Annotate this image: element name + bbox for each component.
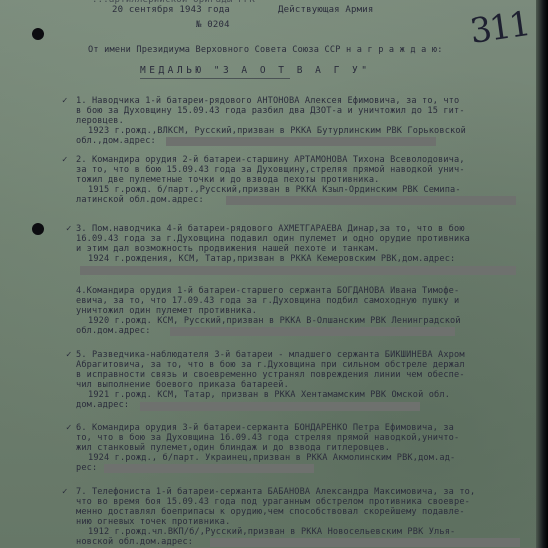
entry-bio-line: 1921 г.рожд. КСМ, Татар, призван в РККА … [76, 390, 465, 400]
redacted-address [80, 266, 516, 275]
entry-bio-line: 1920 г.рожд. КСМ, Русский,призван в РККА… [76, 316, 461, 326]
entry-line: Абрагитовича, за то, что в бою за г.Духо… [76, 360, 465, 370]
entry-line: 1. Наводчика 1-й батареи-рядового АНТОНО… [76, 96, 466, 106]
award-title-underline [140, 78, 290, 79]
redacted-address [170, 327, 455, 336]
scan-page-edge [536, 0, 548, 548]
order-number: № 0204 [196, 20, 230, 30]
entry-bio-line: 1912 г.рожд.чл.ВКП/б/,Русский,призван в … [76, 527, 475, 537]
checkmark-icon: ✓ [62, 487, 67, 497]
checkmark-icon: ✓ [62, 96, 67, 106]
entry-line: 7. Телефониста 1-й батареи-сержанта БАБА… [76, 487, 475, 497]
redacted-address [166, 137, 436, 146]
entry-line: то, что в бою за Духовщина 16.09.43 года… [76, 433, 459, 443]
scanned-document-page: ...артиллерийской бригады РГК 20 сентябр… [0, 0, 536, 548]
entry-line: и этим дал возможность продвижения нашей… [76, 244, 470, 254]
entry-line: в бою за Духовщину 15.09.43 года разбил … [76, 106, 466, 116]
redacted-address [226, 196, 516, 205]
entry-line: 3. Пом.наводчика 4-й батареи-рядового АХ… [76, 224, 470, 234]
checkmark-icon: ✓ [66, 350, 71, 360]
entry-line: евича, за то, что 17.09.43 года за г.Дух… [76, 296, 461, 306]
header-date: 20 сентября 1943 года [112, 5, 230, 15]
entry-line: 4.Командира орудия 1-й батареи-старшего … [76, 286, 461, 296]
entry-line: 16.09.43 года за г.Духовщина подавил оди… [76, 234, 470, 244]
checkmark-icon: ✓ [66, 423, 71, 433]
punch-hole-middle [32, 223, 44, 235]
entry-line: 6. Командира орудия 3-й батареи-сержанта… [76, 423, 459, 433]
entry-line: нию огневых точек противника. [76, 517, 475, 527]
entry-line: за то, что в бою 15.09.43 года за Духовщ… [76, 165, 465, 175]
entry-bio-line: 1923 г.рожд.,ВЛКСМ, Русский,призван в РК… [76, 126, 466, 136]
entry-line: 2. Командира орудия 2-й батареи-старшину… [76, 155, 465, 165]
entry-line: тожил две пулеметные точки и до взвода п… [76, 175, 465, 185]
redacted-address [140, 402, 420, 411]
entry-bio-line: 1915 г.рожд. б/парт.,Русский,призван в Р… [76, 185, 465, 195]
entry-line: 5. Разведчика-наблюдателя 3-й батареи - … [76, 350, 465, 360]
entry-line: в исправности связь и своевременно устра… [76, 370, 465, 380]
entry-bio-line: 1924 г.рожд., б/парт. Украинец,призван в… [76, 453, 459, 463]
entry-line: уничтожил один пулемет противника. [76, 306, 461, 316]
entry-line: жил станковый пулемет,один блиндаж и до … [76, 443, 459, 453]
entry-line: чил выполнение боевого приказа батареей. [76, 380, 465, 390]
entry-line: леровцев. [76, 116, 466, 126]
redacted-address [210, 538, 520, 547]
entry-bio-line: 1924 г.рождения, КСМ, Татар,призван в РК… [76, 254, 470, 264]
award-entry-5: 5. Разведчика-наблюдателя 3-й батареи - … [76, 350, 465, 410]
entry-line: менно доставлял боеприпасы к орудию,чем … [76, 507, 475, 517]
award-entry-3: 3. Пом.наводчика 4-й батареи-рядового АХ… [76, 224, 470, 264]
entry-line: что во время боя 15.09.43 года под урага… [76, 497, 475, 507]
award-title: МЕДАЛЬЮ "З А О Т В А Г У" [140, 66, 371, 76]
header-army: Действующая Армия [278, 5, 374, 15]
redacted-address [104, 464, 314, 473]
preamble: От имени Президиума Верховного Совета Со… [88, 45, 443, 55]
handwritten-number: 311 [468, 4, 532, 52]
punch-hole-top [32, 28, 44, 40]
checkmark-icon: ✓ [66, 224, 71, 234]
checkmark-icon: ✓ [62, 155, 67, 165]
